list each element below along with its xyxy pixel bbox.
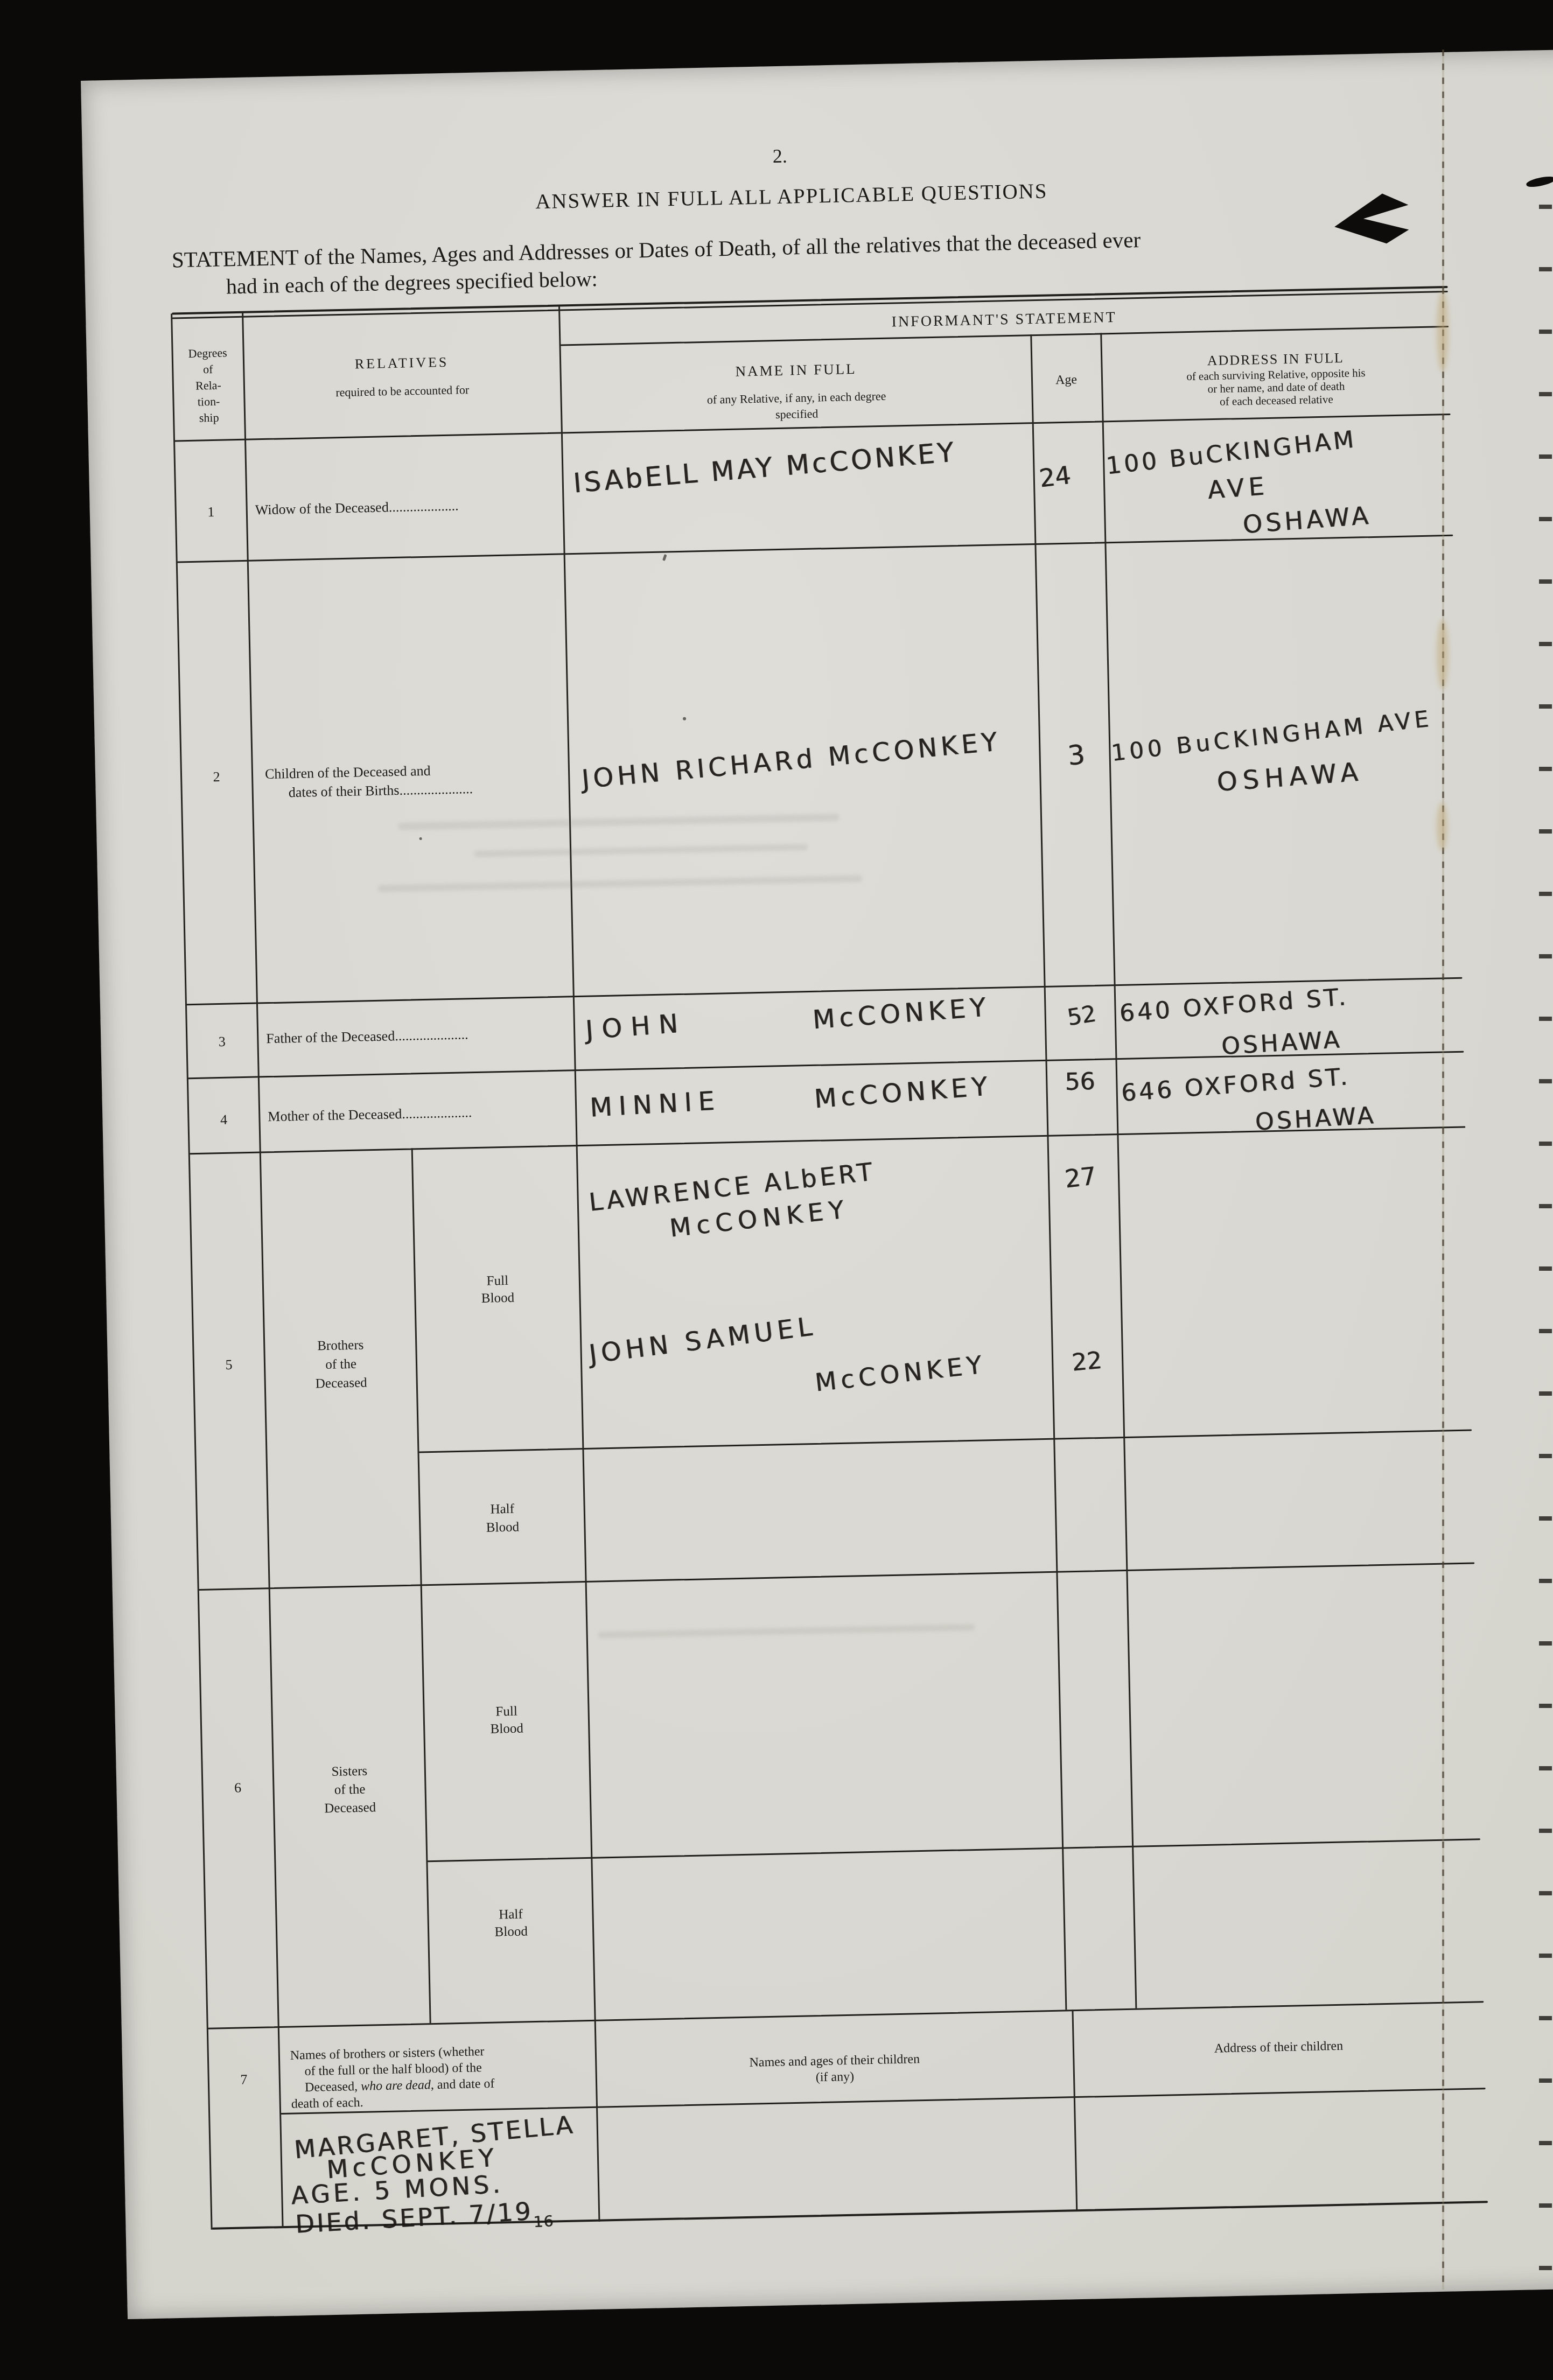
row-label: Father of the Deceased..................… [266,1026,468,1047]
table-rule-vertical [1072,2010,1078,2210]
degree-number: 3 [187,1033,257,1051]
handwritten-name: JOHN RICHARd McCONKEY [580,726,1002,795]
blood-sub-label: Blood [415,1289,580,1307]
blood-sub-label: Blood [429,1923,594,1941]
binding-perforation-edge [1539,205,1552,2283]
row-label: Names of brothers or sisters (whether [290,2045,485,2063]
crease-stain [1437,619,1449,689]
row-label: of the [265,1355,417,1374]
degree-number: 5 [194,1356,264,1374]
bleed-through-smudge [377,875,862,892]
ink-speck [683,717,686,720]
ink-speck [419,837,422,840]
degrees-column-heading: Rela- [173,378,244,394]
handwritten-age: 3 [1066,739,1086,772]
statement-line-2: had in each of the degrees specified bel… [226,266,598,299]
row-label: Deceased [265,1374,418,1392]
crease-stain [1437,802,1447,851]
blood-sub-label: Blood [424,1720,590,1738]
handwritten-address: 100 BuCKINGHAM AVE [1110,705,1433,766]
handwritten-name: JOHN SAMUEL [587,1311,818,1370]
handwritten-address: 646 OXFORd ST. [1120,1063,1351,1107]
handwritten-name: ISAbELL MAY McCONKEY [572,436,957,499]
row-label: Deceased [274,1799,426,1817]
table-rule-vertical [1030,334,1067,2010]
bleed-through-smudge [474,844,808,857]
handwritten-address: OSHAWA [1242,501,1373,539]
table-rule-horizontal [418,1429,1472,1453]
ink-speck [662,554,667,561]
page-instruction: ANSWER IN FULL ALL APPLICABLE QUESTIONS [401,176,1182,216]
page-number: 2. [750,144,810,168]
row-label: Children of the Deceased and [265,763,431,782]
relatives-column-heading: RELATIVES [244,352,559,374]
handwritten-address: 640 OXFORd ST. [1118,983,1349,1027]
table-rule-horizontal [177,535,1453,563]
handwritten-address: AVE [1206,471,1269,505]
handwritten-address: OSHAWA [1216,757,1365,797]
handwritten-name: JOHN [584,1008,688,1046]
table-rule-horizontal [208,2001,1484,2029]
degrees-column-heading: Degrees [172,346,243,361]
table-row: 3 Father of the Deceased................… [81,49,1553,81]
table-rule-vertical [1100,333,1137,2008]
row-label: Brothers [264,1336,417,1355]
degrees-column-heading: tion- [173,394,244,410]
table-row: 4 Mother of the Deceased................… [81,49,1553,81]
row-label: Mother of the Deceased..................… [268,1104,472,1125]
bleed-through-smudge [598,1624,975,1639]
blood-sub-label: Half [428,1906,593,1924]
row-label: Widow of the Deceased...................… [255,498,459,518]
handwritten-age: 52 [1065,1000,1098,1031]
blood-sub-label: Half [419,1500,585,1518]
blood-sub-label: Full [424,1703,589,1721]
handwritten-age: 24 [1038,460,1073,493]
handwritten-name: McCONKEY [813,1071,992,1114]
handwritten-age: 56 [1065,1068,1095,1096]
degree-number: 2 [181,768,252,786]
table-row: 2 Children of the Deceased and dates of … [81,49,1553,81]
degrees-column-heading: ship [174,410,244,426]
blood-sub-label: Full [415,1272,580,1290]
scan-background: { "page": { "number": "2.", "instruction… [0,0,1553,2380]
document-page: 2. ANSWER IN FULL ALL APPLICABLE QUESTIO… [81,49,1553,2319]
row-label: Deceased, who are dead, and date of [305,2077,495,2095]
row-label: of the [274,1781,426,1799]
handwritten-age: 22 [1071,1347,1103,1377]
name-column-heading: NAME IN FULL [561,357,1031,383]
row-label: death of each. [291,2096,363,2112]
degree-number: 6 [202,1779,273,1797]
degree-number: 1 [176,503,247,521]
table-row: 1 Widow of the Deceased.................… [81,49,1553,81]
row-label: Sisters [274,1762,426,1781]
page-fold-crease [1442,50,1444,2290]
handwritten-address: OSHAWA [1255,1102,1377,1136]
relatives-column-subheading: required to be accounted for [244,381,560,401]
blood-sub-label: Blood [420,1518,585,1537]
table-row: 7 Names of brothers or sisters (whether … [81,49,1553,81]
table-rule-horizontal [427,1838,1480,1862]
row-label: of the full or the half blood) of the [304,2061,482,2079]
handwritten-note-subscript: 16 [533,2212,554,2231]
handwritten-name: MINNIE [589,1086,722,1123]
degree-number: 4 [188,1111,259,1129]
handwritten-name: McCONKEY [812,992,991,1035]
table-row: 5 Brothers of the Deceased Full Blood Ha… [81,49,1553,81]
handwritten-name: McCONKEY [814,1350,988,1397]
row-label: dates of their Births...................… [288,781,473,801]
table-rule-vertical [171,314,213,2230]
degrees-column-heading: of [173,362,243,377]
ink-arrow-mark [1333,192,1409,245]
handwritten-age: 27 [1063,1161,1097,1194]
table-row: 6 Sisters of the Deceased Full Blood Hal… [81,49,1553,81]
handwritten-address: 100 BuCKINGHAM [1105,425,1358,480]
degree-number: 7 [209,2071,279,2089]
children-address-heading: Address of their children [1073,2036,1485,2059]
crease-stain [1437,291,1449,372]
table-grid [81,49,1553,81]
table-rule-vertical [242,312,284,2228]
bleed-through-smudge [398,814,840,830]
table-rule-horizontal [199,1562,1475,1591]
age-column-heading: Age [1031,372,1102,388]
statement-line-1: STATEMENT of the Names, Ages and Address… [171,227,1141,273]
